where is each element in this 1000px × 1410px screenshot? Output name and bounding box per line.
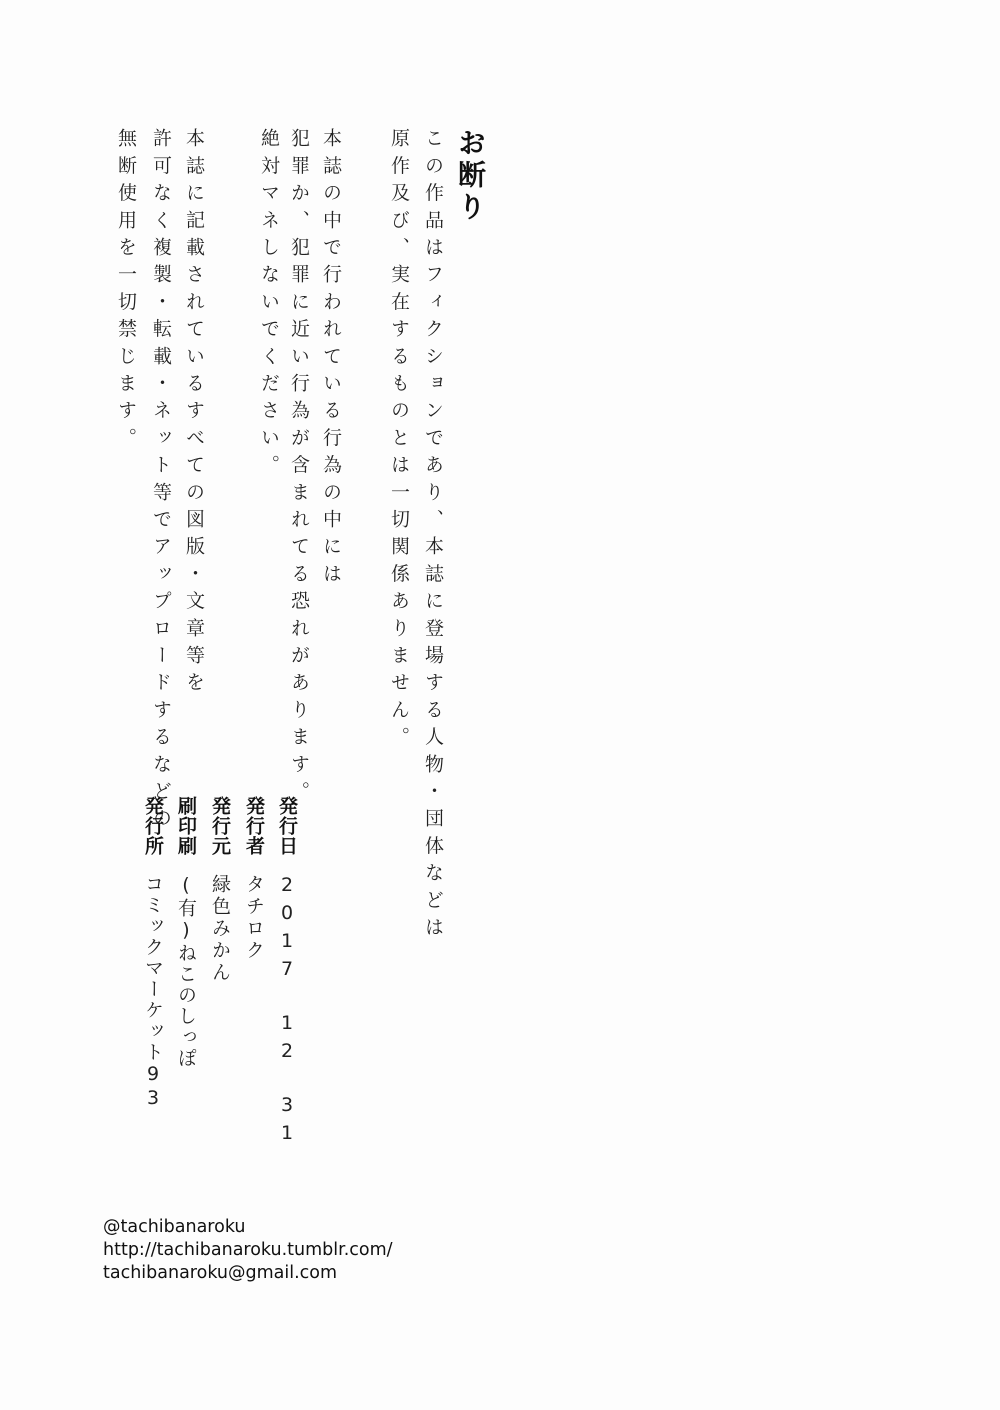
paragraph3-line3: 無断使用を一切禁じます。 <box>116 128 135 454</box>
twitter-handle: @tachibanaroku <box>103 1216 393 1239</box>
colophon-value-printer: (有)ねこのしっぽ <box>176 874 195 1069</box>
paragraph2-line2: 犯罪か、犯罪に近い行為が含まれてる恐れがあります。 <box>289 128 308 808</box>
colophon-label-publisher: 発行者 <box>244 796 263 856</box>
publish-day: 31 <box>276 1094 298 1150</box>
paragraph3-line1: 本誌に記載されているすべての図版・文章等を <box>184 128 203 699</box>
publish-month: 12 <box>276 1012 298 1068</box>
colophon-label-venue: 発行所 <box>143 796 162 856</box>
paragraph1-line2: 原作及び、実在するものとは一切関係ありません。 <box>389 128 408 754</box>
colophon-value-issuer: 緑色みかん <box>210 874 229 984</box>
publish-year: 2017 <box>276 874 298 986</box>
colophon-value-publish-date: 20171231 <box>277 874 296 1150</box>
paragraph1-line1: この作品はフィクションであり、本誌に登場する人物・団体などは <box>423 128 442 944</box>
colophon-value-venue: コミックマーケット93 <box>143 874 162 1111</box>
disclaimer-title: お断り <box>456 128 484 224</box>
paragraph3-line2: 許可なく複製・転載・ネット等でアップロードするなどの <box>151 128 170 835</box>
email-address[interactable]: tachibanaroku@gmail.com <box>103 1262 393 1285</box>
contact-info: @tachibanaroku http://tachibanaroku.tumb… <box>103 1216 393 1285</box>
colophon-label-issuer: 発行元 <box>210 796 229 856</box>
colophon-label-publish-date: 発行日 <box>277 796 296 856</box>
paragraph2-line3: 絶対マネしないでください。 <box>259 128 278 482</box>
paragraph2-line1: 本誌の中で行われている行為の中には <box>321 128 340 590</box>
colophon-value-publisher: タチロク <box>244 874 263 962</box>
colophon-label-printer: 刷印刷 <box>176 796 195 856</box>
website-link[interactable]: http://tachibanaroku.tumblr.com/ <box>103 1239 393 1262</box>
